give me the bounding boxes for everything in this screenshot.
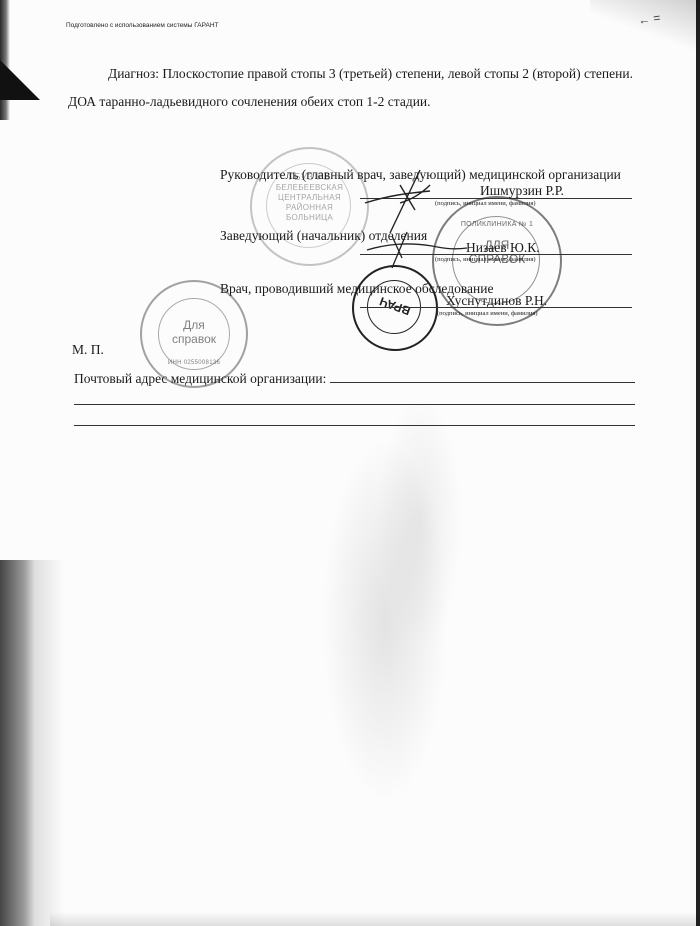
diagnosis-line-1: Диагноз: Плоскостопие правой стопы 3 (тр… (108, 66, 633, 82)
seal-label: М. П. (72, 342, 104, 358)
stamp-line: БОЛЬНИЦА (252, 213, 367, 223)
stamp-gbuz: ГБУЗ РБ БЕЛЕБЕЕВСКАЯ ЦЕНТРАЛЬНАЯ РАЙОННА… (250, 147, 369, 266)
scan-edge-border (696, 0, 700, 926)
signature-scribble (362, 228, 472, 288)
scan-edge-shadow (0, 560, 34, 926)
stamp-center-text: справок (142, 332, 246, 346)
signature-scribble (360, 165, 470, 235)
postal-address-label: Почтовый адрес медицинской организации: (74, 371, 326, 387)
signature-line (360, 307, 632, 308)
postal-address-line (74, 425, 635, 426)
prepared-note: Подготовлено с использованием системы ГА… (66, 22, 219, 29)
signature-caption: (подпись, инициал имени, фамилия) (437, 310, 538, 317)
diagnosis-line-2: ДОА таранно-ладьевидного сочленения обеи… (68, 94, 431, 110)
stamp-line: РАЙОННАЯ (252, 203, 367, 213)
stamp-line: ЦЕНТРАЛЬНАЯ (252, 193, 367, 203)
stamp-line: БЕЛЕБЕЕВСКАЯ (252, 183, 367, 193)
stamp-inn-text: ИНН 0255008136 (142, 358, 246, 368)
scanned-page: Подготовлено с использованием системы ГА… (0, 0, 700, 926)
postal-address-line (74, 404, 635, 405)
folded-corner (0, 60, 40, 100)
stamp-center-text: Для (142, 318, 246, 332)
scan-bottom-shadow (50, 912, 700, 926)
postal-address-line (330, 382, 635, 383)
scan-edge-shadow (34, 560, 64, 926)
